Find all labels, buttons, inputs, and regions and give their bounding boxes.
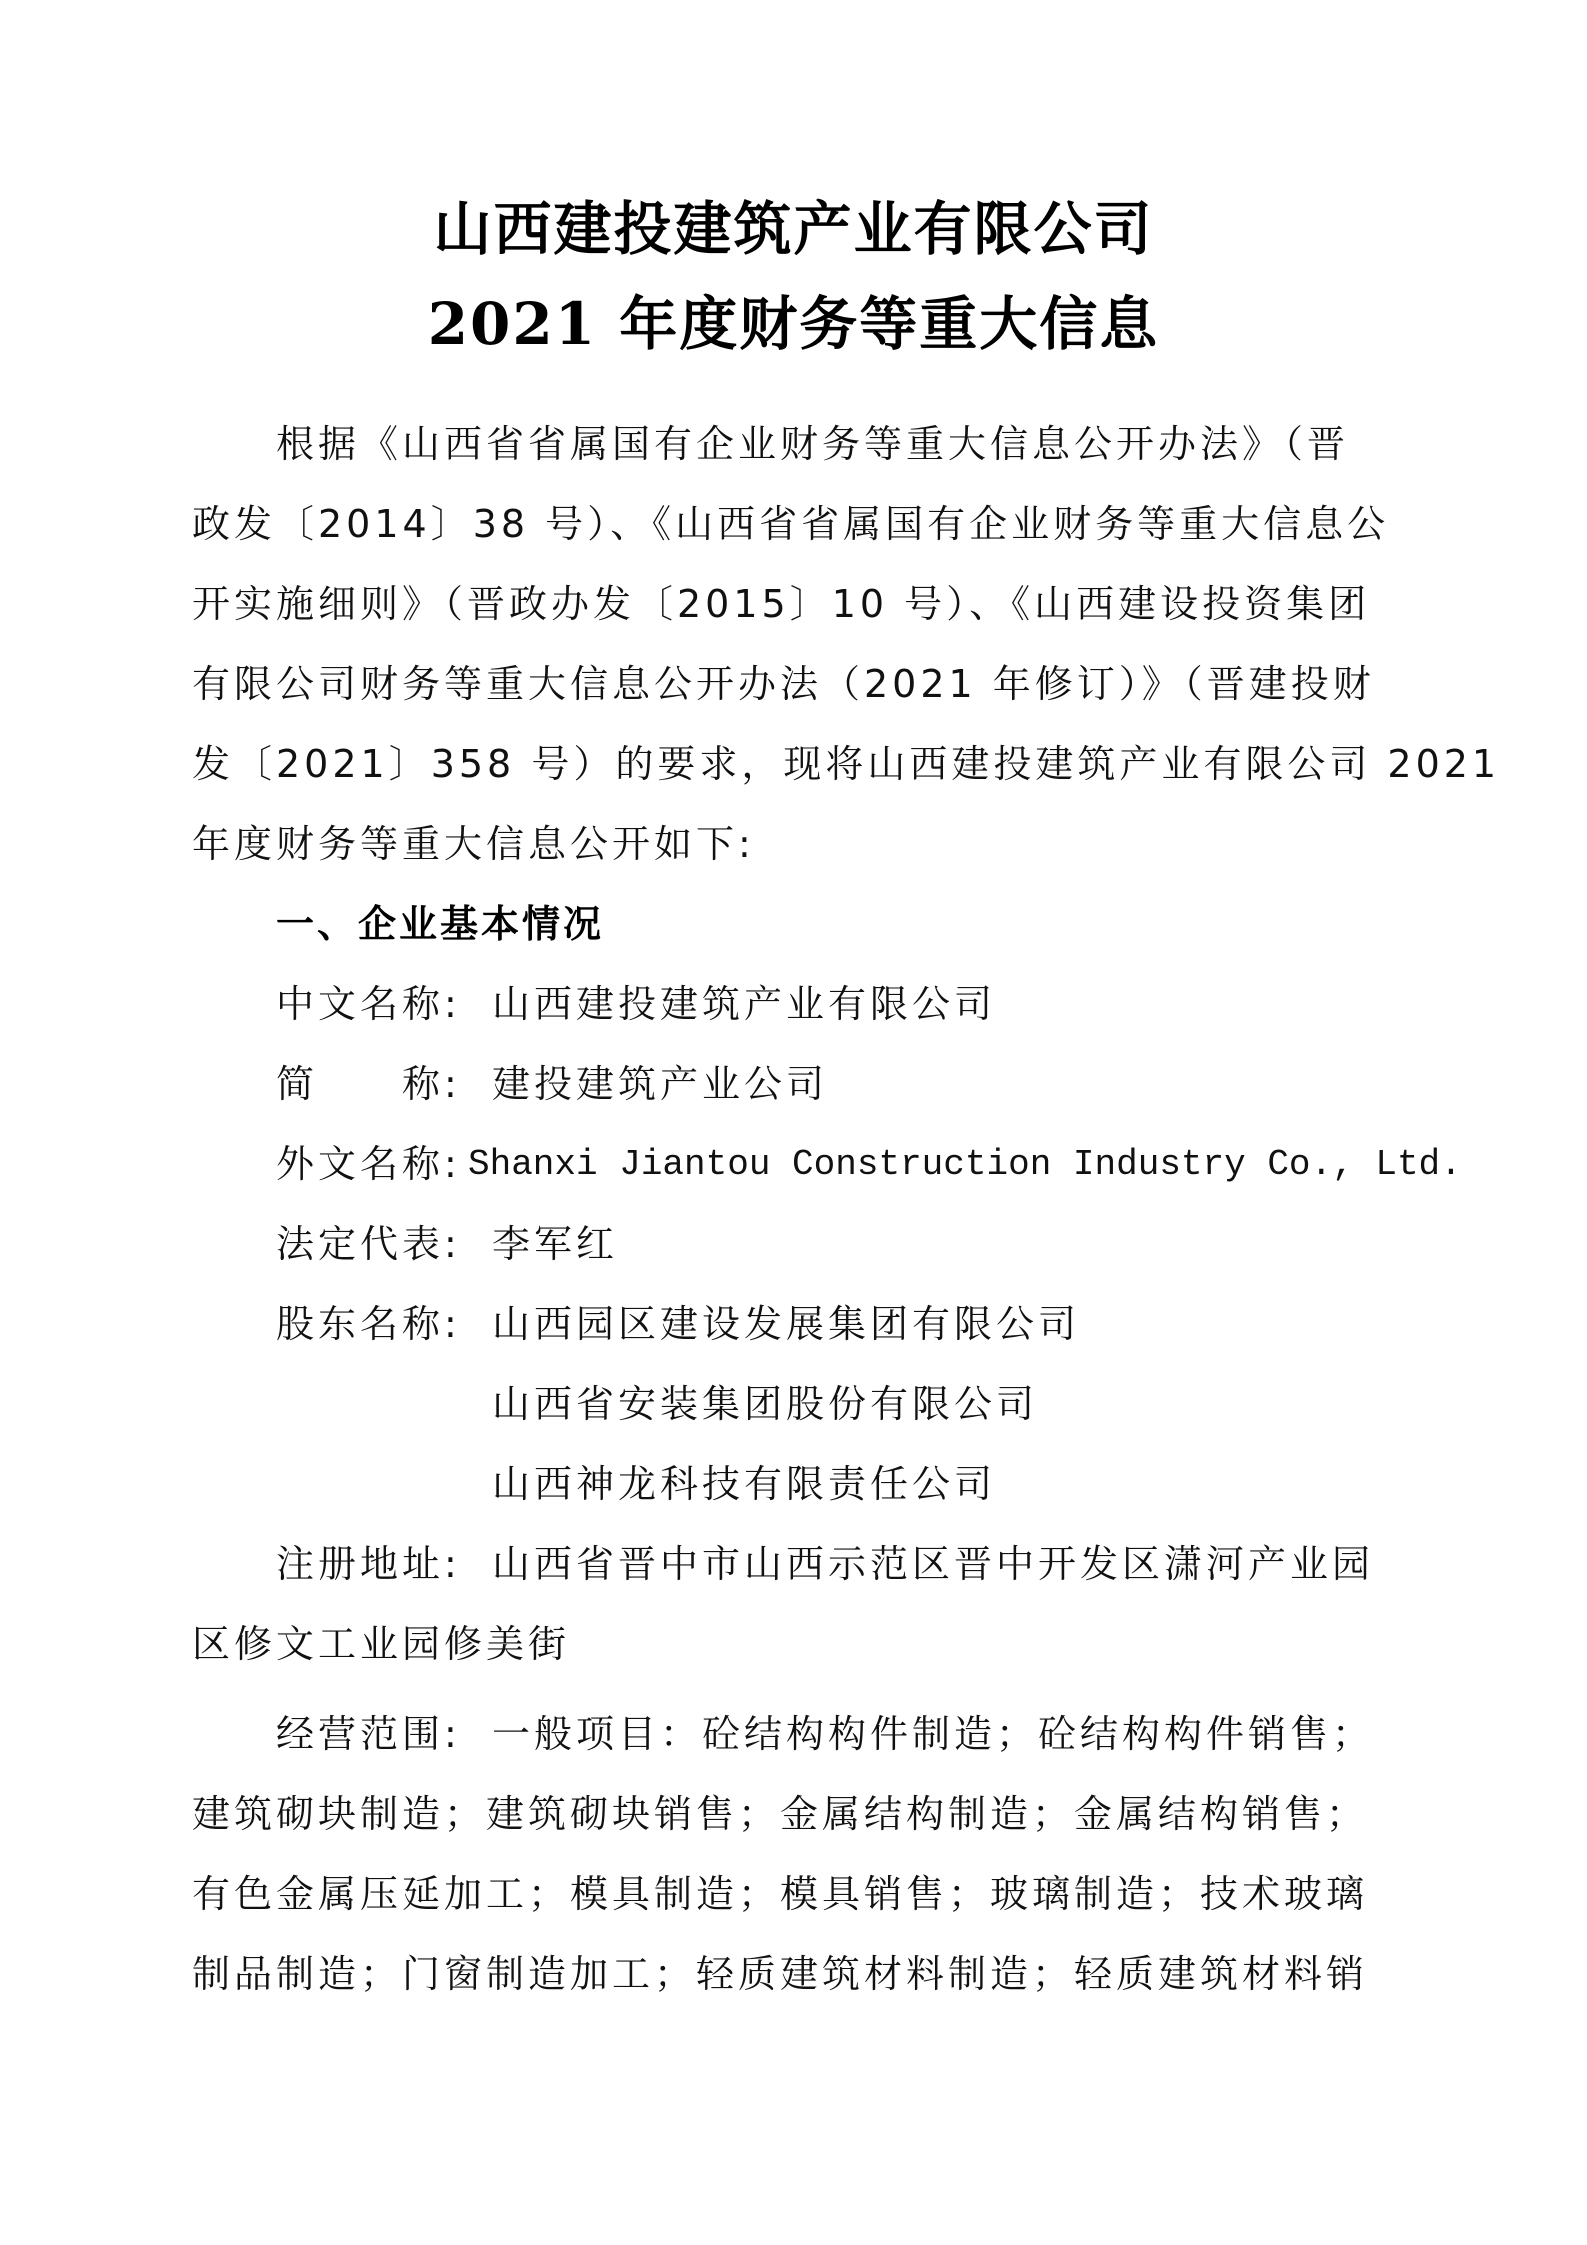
shareholders-label: 股东名称: <box>276 1305 461 1343</box>
address-line-1: 山西省晋中市山西示范区晋中开发区潇河产业园 <box>492 1545 1374 1583</box>
intro-line-1: 根据《山西省省属国有企业财务等重大信息公开办法》（晋 <box>276 425 1349 463</box>
scope-line: 制品制造；门窗制造加工；轻质建筑材料制造；轻质建筑材料销 <box>192 1955 1368 1993</box>
scope-line: 有色金属压延加工；模具制造；模具销售；玻璃制造；技术玻璃 <box>192 1875 1368 1913</box>
document-title-line1: 山西建投建筑产业有限公司 <box>0 200 1587 258</box>
shareholder-item: 山西神龙科技有限责任公司 <box>492 1465 996 1503</box>
legal-rep-label: 法定代表: <box>276 1225 461 1263</box>
short-name-value: 建投建筑产业公司 <box>492 1065 828 1103</box>
document-page: 山西建投建筑产业有限公司 2021 年度财务等重大信息 根据《山西省省属国有企业… <box>0 0 1587 2245</box>
section-heading-basic-info: 一、企业基本情况 <box>276 905 604 943</box>
address-line-2: 区修文工业园修美街 <box>192 1625 570 1663</box>
intro-line-5: 发〔2021〕358 号）的要求，现将山西建投建筑产业有限公司 2021 <box>192 745 1500 783</box>
intro-line-2: 政发〔2014〕38 号）、《山西省省属国有企业财务等重大信息公 <box>192 505 1389 543</box>
foreign-name-label: 外文名称: <box>276 1145 461 1183</box>
scope-label: 经营范围: <box>276 1715 461 1753</box>
chinese-name-label: 中文名称: <box>276 985 461 1023</box>
intro-line-3: 开实施细则》（晋政办发〔2015〕10 号）、《山西建设投资集团 <box>192 585 1370 623</box>
scope-line-1: 一般项目：砼结构构件制造；砼结构构件销售； <box>492 1715 1374 1753</box>
chinese-name-value: 山西建投建筑产业有限公司 <box>492 985 996 1023</box>
foreign-name-value: Shanxi Jiantou Construction Industry Co.… <box>468 1147 1462 1183</box>
scope-line: 建筑砌块制造；建筑砌块销售；金属结构制造；金属结构销售； <box>192 1795 1368 1833</box>
shareholder-item: 山西园区建设发展集团有限公司 <box>492 1305 1080 1343</box>
legal-rep-value: 李军红 <box>492 1225 618 1263</box>
short-name-label: 简 称: <box>276 1065 461 1103</box>
intro-line-4: 有限公司财务等重大信息公开办法（2021 年修订）》（晋建投财 <box>192 665 1375 703</box>
shareholder-item: 山西省安装集团股份有限公司 <box>492 1385 1038 1423</box>
address-label: 注册地址: <box>276 1545 461 1583</box>
intro-line-6: 年度财务等重大信息公开如下: <box>192 825 755 863</box>
document-title-line2: 2021 年度财务等重大信息 <box>0 295 1587 353</box>
